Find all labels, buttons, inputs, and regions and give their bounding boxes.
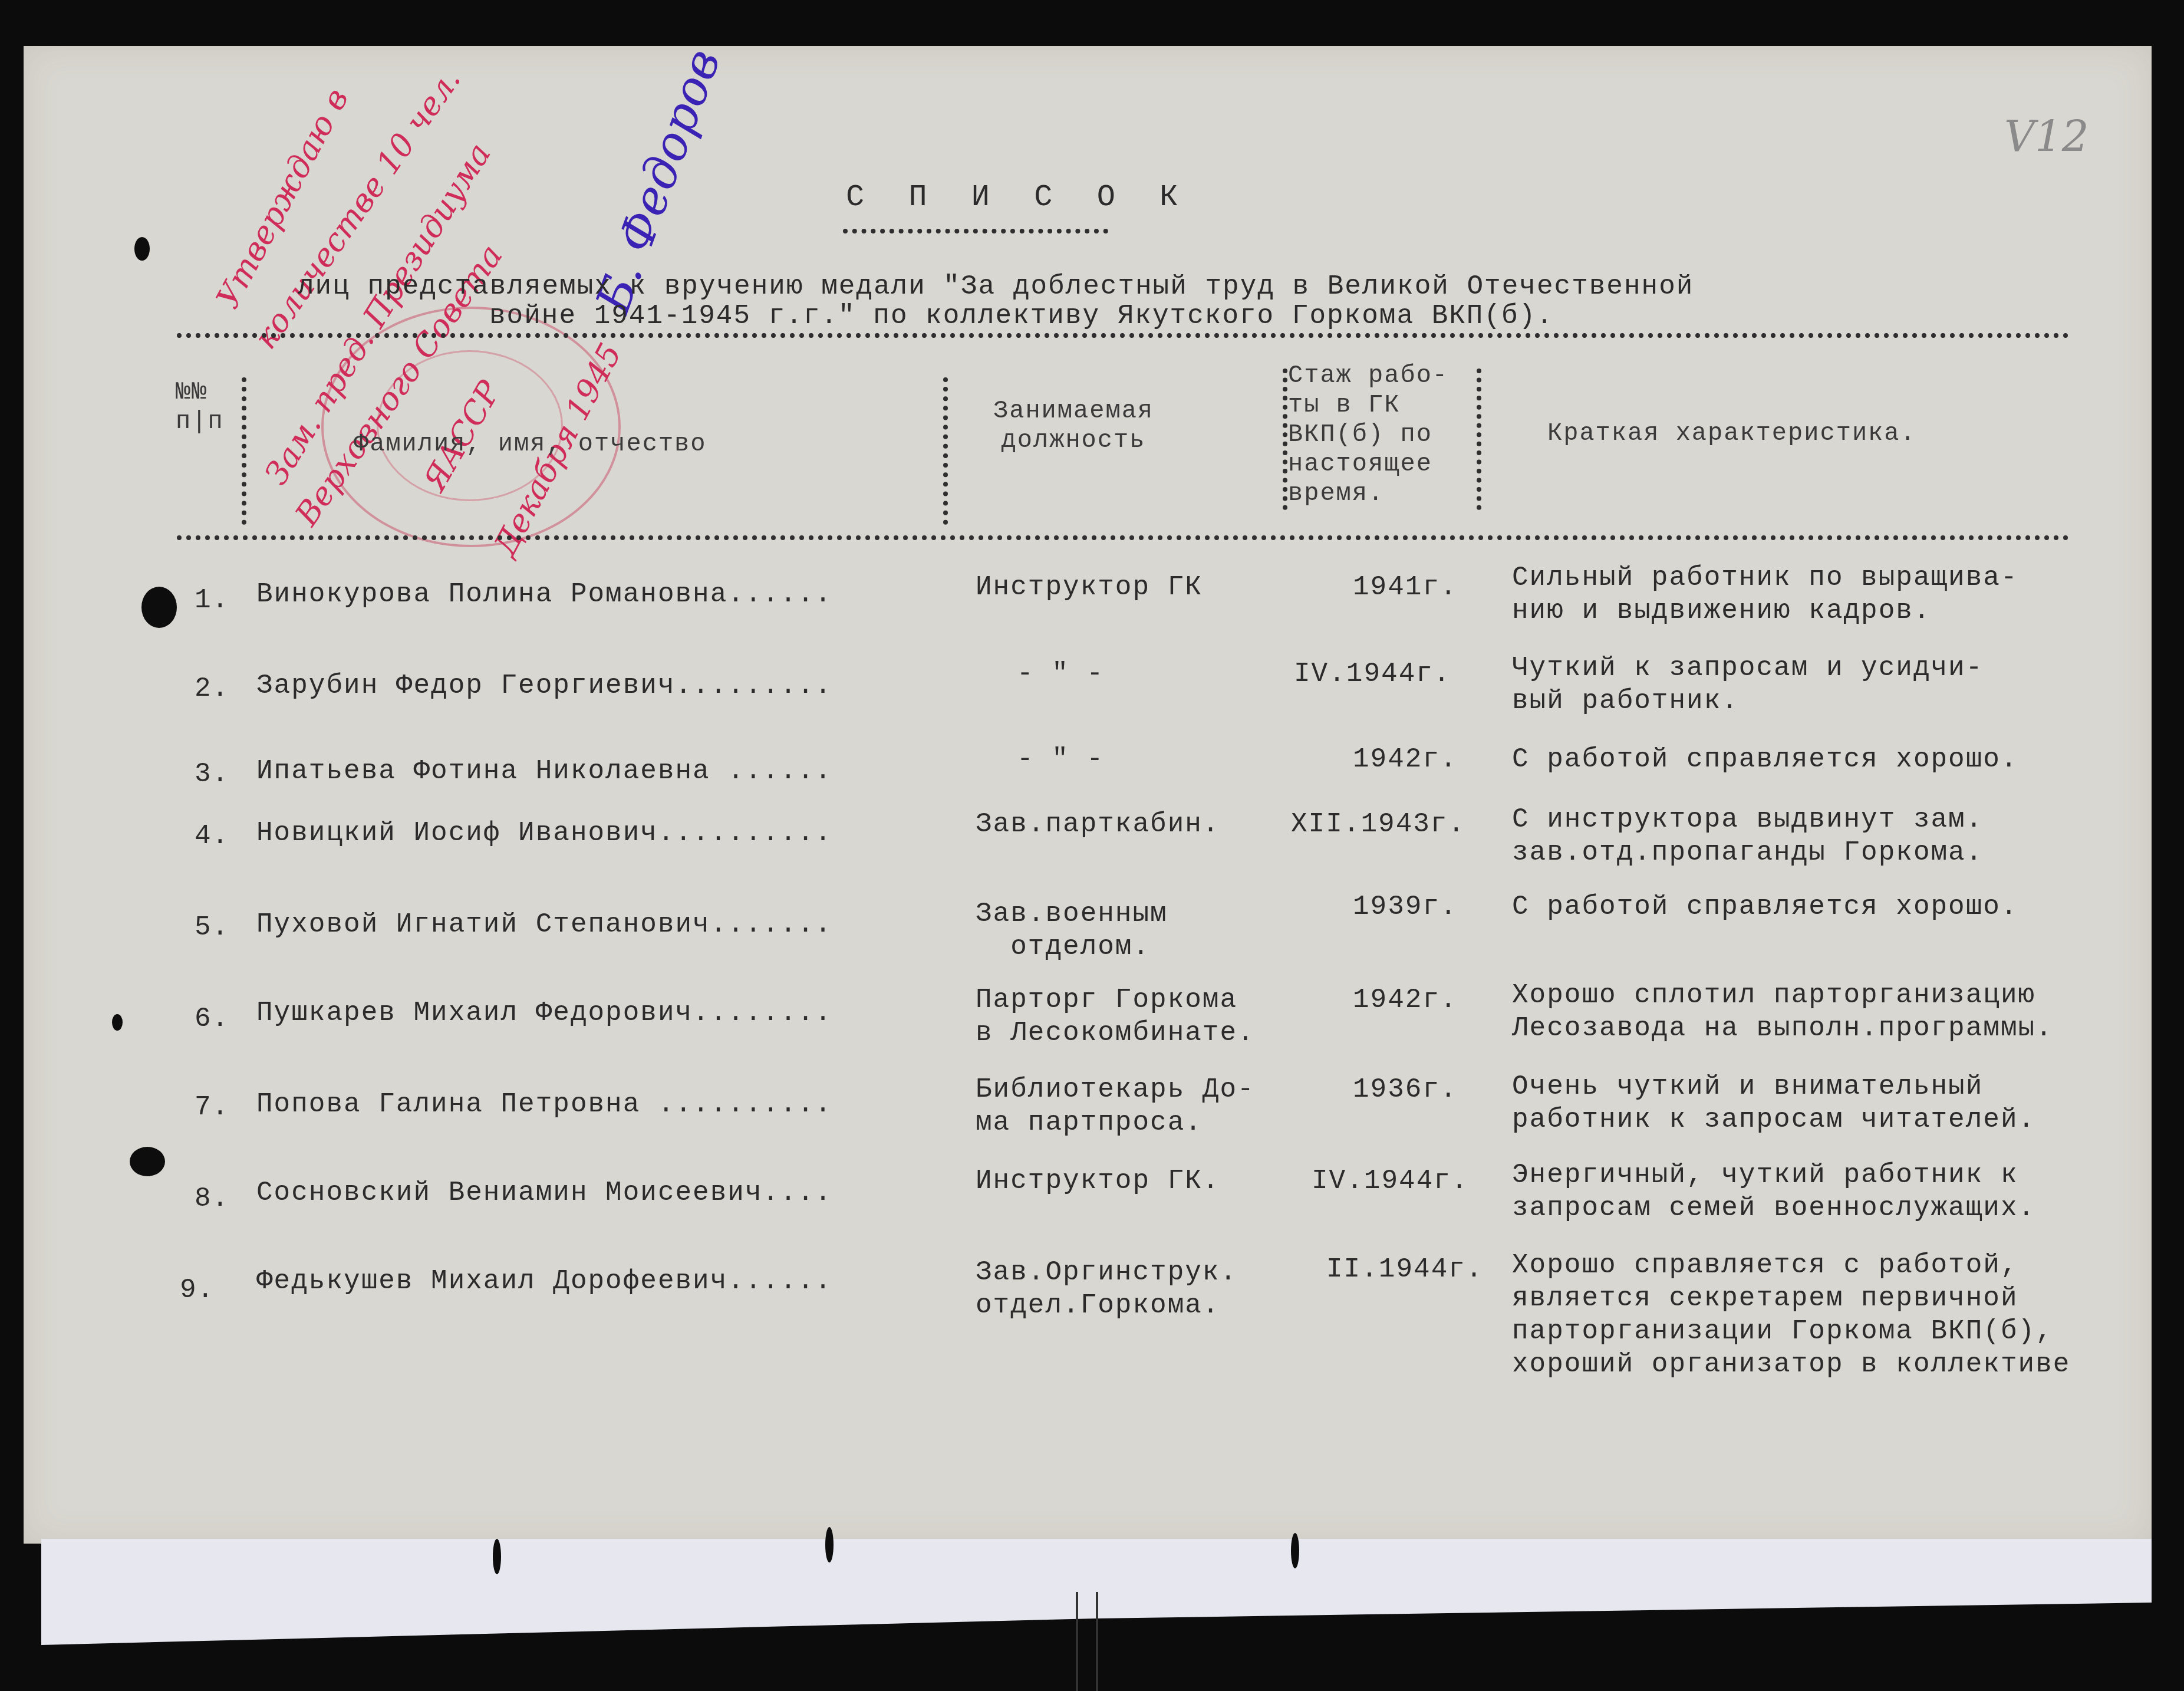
punch-hole xyxy=(130,1147,165,1176)
row-name: Ипатьева Фотина Николаевна ...... xyxy=(256,755,832,788)
document-subtitle-line2: войне 1941-1945 г.г." по коллективу Якут… xyxy=(489,301,1554,331)
row-position: Зав.парткабин. xyxy=(976,808,1220,841)
punch-slit xyxy=(1291,1533,1299,1568)
row-position: Инструктор ГК xyxy=(976,571,1203,604)
row-characteristic: С инструктора выдвинут зам. зав.отд.проп… xyxy=(1512,803,1983,869)
row-num: 7. xyxy=(195,1091,229,1124)
row-num: 1. xyxy=(195,584,229,617)
punch-slit xyxy=(493,1539,501,1574)
column-divider xyxy=(943,377,948,525)
row-num: 8. xyxy=(195,1182,229,1215)
row-tenure: XII.1943г. xyxy=(1291,808,1465,841)
punch-hole xyxy=(134,237,150,261)
header-position: Занимаемая должность xyxy=(993,396,1154,455)
row-tenure: IV.1944г. xyxy=(1312,1164,1468,1197)
punch-hole xyxy=(112,1014,123,1031)
row-characteristic: Очень чуткий и внимательный работник к з… xyxy=(1512,1070,2035,1136)
archive-page-number: V12 xyxy=(2004,112,2089,162)
row-tenure: II.1944г. xyxy=(1326,1253,1483,1286)
binding-spine xyxy=(1076,1592,1098,1691)
document-subtitle-line1: лиц представляемых к вручению медали "За… xyxy=(298,271,1694,302)
row-name: Зарубин Федор Георгиевич......... xyxy=(256,669,832,702)
row-characteristic: Сильный работник по выращива- нию и выдв… xyxy=(1512,561,2018,627)
row-tenure: IV.1944г. xyxy=(1294,657,1451,690)
row-name: Новицкий Иосиф Иванович.......... xyxy=(256,817,832,850)
column-divider xyxy=(1477,369,1481,510)
row-characteristic: С работой справляется хорошо. xyxy=(1512,743,2018,776)
row-name: Федькушев Михаил Дорофеевич...... xyxy=(256,1265,832,1298)
row-name: Попова Галина Петровна .......... xyxy=(256,1088,832,1121)
punch-slit xyxy=(825,1527,834,1562)
row-num: 3. xyxy=(195,758,229,791)
row-position: Зав.Оргинструк. отдел.Горкома. xyxy=(976,1256,1237,1322)
header-characteristic: Краткая характеристика. xyxy=(1547,419,1916,448)
row-num: 6. xyxy=(195,1002,229,1035)
row-tenure: 1941г. xyxy=(1353,571,1458,604)
punch-hole xyxy=(141,587,177,628)
row-num: 2. xyxy=(195,672,229,705)
row-name: Винокурова Полина Романовна...... xyxy=(256,578,832,611)
row-characteristic: Хорошо сплотил парторганизацию Лесозавод… xyxy=(1512,979,2053,1045)
row-num: 9. xyxy=(180,1274,215,1307)
row-characteristic: С работой справляется хорошо. xyxy=(1512,890,2018,923)
title-underline xyxy=(843,229,1108,233)
row-tenure: 1942г. xyxy=(1353,983,1458,1016)
row-num: 5. xyxy=(195,911,229,944)
header-num: №№ п|п xyxy=(176,377,224,436)
row-position: Зав.военным отделом. xyxy=(976,897,1168,963)
row-name: Сосновский Вениамин Моисеевич.... xyxy=(256,1176,832,1209)
row-tenure: 1942г. xyxy=(1353,743,1458,776)
row-characteristic: Хорошо справляется с работой, является с… xyxy=(1512,1249,2070,1381)
row-position: Библиотекарь До- ма партпроса. xyxy=(976,1073,1255,1139)
row-position: Парторг Горкома в Лесокомбинате. xyxy=(976,983,1255,1050)
row-name: Пуховой Игнатий Степанович....... xyxy=(256,908,832,941)
row-position: - " - xyxy=(1017,743,1104,776)
column-divider xyxy=(1283,369,1287,510)
row-characteristic: Чуткий к запросам и усидчи- вый работник… xyxy=(1512,652,1983,718)
header-name: Фамилия, имя, отчество xyxy=(354,429,707,459)
header-tenure: Стаж рабо- ты в ГК ВКП(б) по настоящее в… xyxy=(1288,361,1448,508)
row-name: Пушкарев Михаил Федорович........ xyxy=(256,996,832,1029)
header-top-rule xyxy=(177,333,2069,338)
row-position: Инструктор ГК. xyxy=(976,1164,1220,1197)
row-tenure: 1936г. xyxy=(1353,1073,1458,1106)
row-characteristic: Энергичный, чуткий работник к запросам с… xyxy=(1512,1159,2035,1225)
document-title: С П И С О К xyxy=(846,180,1191,215)
column-divider xyxy=(242,377,246,525)
header-bottom-rule xyxy=(177,535,2069,540)
row-num: 4. xyxy=(195,820,229,853)
row-tenure: 1939г. xyxy=(1353,890,1458,923)
row-position: - " - xyxy=(1017,657,1104,690)
